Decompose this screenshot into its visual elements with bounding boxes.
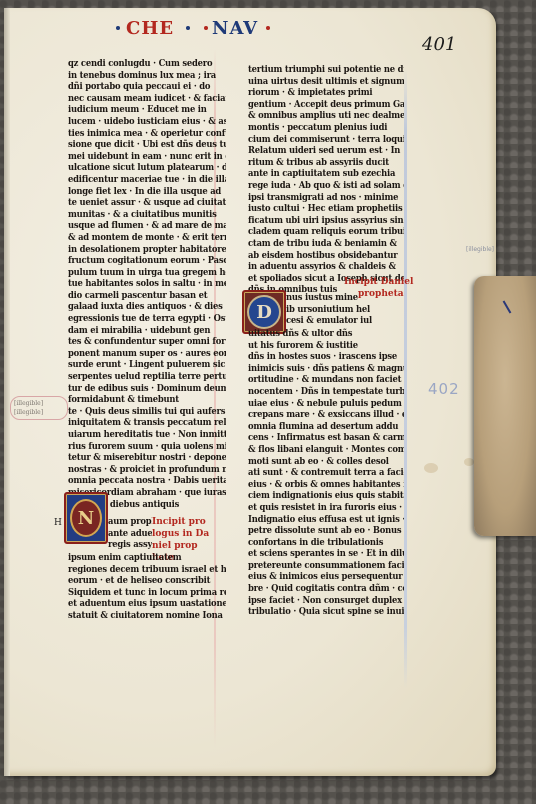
running-head-dot bbox=[186, 26, 190, 30]
running-head-dot bbox=[116, 26, 120, 30]
text-line: formidabunt & timebunt bbox=[68, 394, 226, 406]
text-line: ipse faciet · Non consurget duplex bbox=[248, 594, 404, 606]
text-line: cladem quam reliquis eorum tribui illo e… bbox=[248, 226, 404, 238]
running-head: CHE NAV bbox=[116, 18, 286, 40]
text-column-b: tertium triumphi sui potentie ne di uina… bbox=[248, 64, 404, 296]
text-line: ante in captiuitatem sub ezechia bbox=[248, 168, 404, 180]
text-line: ulcatione sicut lutum platearum · dies u… bbox=[68, 162, 226, 174]
margin-letter: H bbox=[54, 518, 62, 528]
text-line: uina uirtus desit ultimis et signum fuis… bbox=[248, 75, 404, 87]
text-line: usque ad flumen · & ad mare de mari bbox=[68, 220, 226, 232]
rubric-line: Incipit Daniel bbox=[344, 276, 413, 288]
text-line: ab eisdem hostibus obsidebantur bbox=[248, 249, 404, 261]
text-line: ipsi transmigrati ad nos · minime bbox=[248, 191, 404, 203]
text-line: nocentem · Dñs in tempestate turbine bbox=[248, 386, 404, 398]
text-line: iniquitatem & transis peccatum reliq bbox=[68, 417, 226, 429]
rubric-line: logus in Da bbox=[152, 528, 209, 540]
illuminated-initial-n: N bbox=[64, 492, 108, 544]
text-line: uitatus dñs & ultor dñs bbox=[248, 328, 404, 340]
foxing-stain bbox=[424, 463, 438, 473]
text-line: et quis resistet in ira furoris eius · bbox=[248, 502, 404, 514]
text-line: in tenebus dominus lux mea ; ira bbox=[68, 69, 226, 81]
text-line: uiae eius · & nebule puluis pedum eius ·… bbox=[248, 397, 404, 409]
text-line: ante aduentum bbox=[108, 527, 152, 539]
running-head-dot bbox=[204, 26, 208, 30]
text-line: Indignatio eius effusa est ut ignis · et bbox=[248, 513, 404, 525]
text-line: iusto cultui · Hec etiam prophetiis test… bbox=[248, 203, 404, 215]
text-line: dam ei mirabilia · uidebunt gen bbox=[68, 324, 226, 336]
initial-letter: D bbox=[247, 295, 281, 329]
pencil-note: [illegible] bbox=[466, 246, 494, 253]
text-line: ortitudine · & mundans non faciet in bbox=[248, 374, 404, 386]
text-column-b-end: uitatus dñs & ultor dñs ut his furorem &… bbox=[248, 328, 404, 618]
text-line: ati sunt · & contremuit terra a facie bbox=[248, 467, 404, 479]
text-line: tribulatio · Quia sicut spine se inuicem… bbox=[248, 606, 404, 618]
text-line: statuit & ciuitatorem nomine Iona bbox=[68, 610, 226, 622]
running-head-dot bbox=[266, 26, 270, 30]
text-line: rege iuda · Ab quo & isti ad solam ei bbox=[248, 180, 404, 192]
text-line: moti sunt ab eo · & colles desol bbox=[248, 455, 404, 467]
text-line: tue habitantes solos in saltu · in me bbox=[68, 278, 226, 290]
text-line: tetur & miserebitur nostri · deponet ini… bbox=[68, 452, 226, 464]
text-line: & flos libani elanguit · Montes com bbox=[248, 444, 404, 456]
ruling-line-blue bbox=[404, 68, 407, 688]
text-line: dñi portabo quia peccaui ei · do bbox=[68, 81, 226, 93]
text-line: crepans mare · & exsiccans illud · et bbox=[248, 409, 404, 421]
text-line: regiones decem tribuum israel et hebr bbox=[68, 563, 226, 575]
text-line: petre dissolute sunt ab eo · Bonus dñs e… bbox=[248, 525, 404, 537]
margin-gloss: [illegible] [illegible] bbox=[10, 396, 68, 420]
text-line: ties inimica mea · & operietur confu bbox=[68, 127, 226, 139]
text-line: ib ursoniutium hel bbox=[286, 303, 404, 315]
text-line: et aduentum eius ipsum uastationem bbox=[68, 598, 226, 610]
text-line: galaad iuxta dies antiquos · & dies bbox=[68, 301, 226, 313]
rubric-line: Incipit pro bbox=[152, 516, 209, 528]
text-line: et sciens sperantes in se · Et in diluui… bbox=[248, 548, 404, 560]
text-column-a-end: ipsum enim captiuitatem regiones decem t… bbox=[68, 552, 226, 622]
leaf-edge bbox=[4, 8, 10, 776]
text-line: rius furorem suum · quia uolens miserico… bbox=[68, 440, 226, 452]
text-line: surde erunt · Lingent puluerem sic bbox=[68, 359, 226, 371]
text-line: eius & inimicos eius persequentur tene bbox=[248, 571, 404, 583]
text-line: in desolationem propter habitatores suos… bbox=[68, 243, 226, 255]
text-line: cium dei commiserunt · terra loquitur bbox=[248, 133, 404, 145]
leather-clasp-tab bbox=[474, 276, 536, 536]
text-line: eorum · et de heliseo conscribit bbox=[68, 575, 226, 587]
text-line: montis · peccatum plenius iudi bbox=[248, 122, 404, 134]
text-line: longe fiet lex · In die illa usque ad bbox=[68, 185, 226, 197]
text-line: ctam de tribu iuda & beniamin & bbox=[248, 238, 404, 250]
text-line: in aduentu assyrios & chaldeis & bbox=[248, 261, 404, 273]
pencil-folio-number: 402 bbox=[428, 380, 460, 398]
text-line: egressionis tue de terra egypti · Osten bbox=[68, 313, 226, 325]
text-line: regis assyriorum · In bbox=[108, 539, 152, 551]
text-line: bre · Quid cogitatis contra dñm · consum… bbox=[248, 583, 404, 595]
text-line: ut his furorem & iustitie bbox=[248, 339, 404, 351]
text-line: cesi & emulator iul bbox=[286, 315, 404, 327]
text-line: te ueniet assur · & usque ad ciuitates bbox=[68, 197, 226, 209]
text-line: Relatum uideri sed uerum est · In bbox=[248, 145, 404, 157]
text-line: ipsum enim captiuitatem bbox=[68, 552, 226, 564]
text-line: nus iustus mine bbox=[286, 292, 404, 304]
text-line: riorum · & impietates primi bbox=[248, 87, 404, 99]
text-line: fructum cogitationum eorum · Pasce po bbox=[68, 255, 226, 267]
text-line: qz cendi conlugdu · Cum sedero bbox=[68, 58, 226, 70]
ink-mark bbox=[503, 300, 512, 313]
text-line: sione que dicit · Ubi est dñs deus tuus … bbox=[68, 139, 226, 151]
text-line: serpentes uelud reptilia terre perturbab… bbox=[68, 371, 226, 383]
text-line: ciem indignationis eius quis stabit bbox=[248, 490, 404, 502]
foxing-stain bbox=[464, 458, 474, 466]
margin-gloss-line: [illegible] bbox=[14, 408, 64, 417]
margin-gloss-line: [illegible] bbox=[14, 399, 64, 408]
text-line: edificentur maceriae tue · in die illa bbox=[68, 174, 226, 186]
text-line: lucem · uidebo iusticiam eius · & asp bbox=[68, 116, 226, 128]
text-line: tur de edibus suis · Dominum deum nostru… bbox=[68, 382, 226, 394]
running-head-left: CHE bbox=[126, 18, 174, 39]
text-line: tertium triumphi sui potentie ne di bbox=[248, 64, 404, 76]
text-line: & omnibus amplius uti nec dealme bbox=[248, 110, 404, 122]
text-line: dñs in hostes suos · irascens ipse bbox=[248, 351, 404, 363]
folio-number: 401 bbox=[422, 34, 456, 55]
text-column-a: qz cendi conlugdu · Cum sedero in tenebu… bbox=[68, 58, 226, 510]
rubric-line: niel prop bbox=[152, 540, 209, 552]
text-line: & ad montem de monte · & erit terra bbox=[68, 232, 226, 244]
manuscript-leaf: CHE NAV 401 402 [illegible] [illegible] … bbox=[4, 8, 496, 776]
running-head-right: NAV bbox=[212, 18, 258, 39]
text-line: omnia peccata nostra · Dabis ueritatem i… bbox=[68, 475, 226, 487]
text-line: iudicium meum · Educet me in bbox=[68, 104, 226, 116]
text-column-b-beside-initial: nus iustus mine ib ursoniutium hel cesi … bbox=[286, 292, 404, 327]
text-column-a-beside-initial: aum propheta ante aduentum regis assyrio… bbox=[108, 516, 152, 551]
text-line: uiarum hereditatis tue · Non inmittet ul… bbox=[68, 429, 226, 441]
text-line: tes & confundentur super omni fortitudin… bbox=[68, 336, 226, 348]
initial-letter: N bbox=[70, 499, 102, 537]
text-line: cens · Infirmatus est basan & carmel bbox=[248, 432, 404, 444]
text-line: aum propheta bbox=[108, 516, 152, 528]
